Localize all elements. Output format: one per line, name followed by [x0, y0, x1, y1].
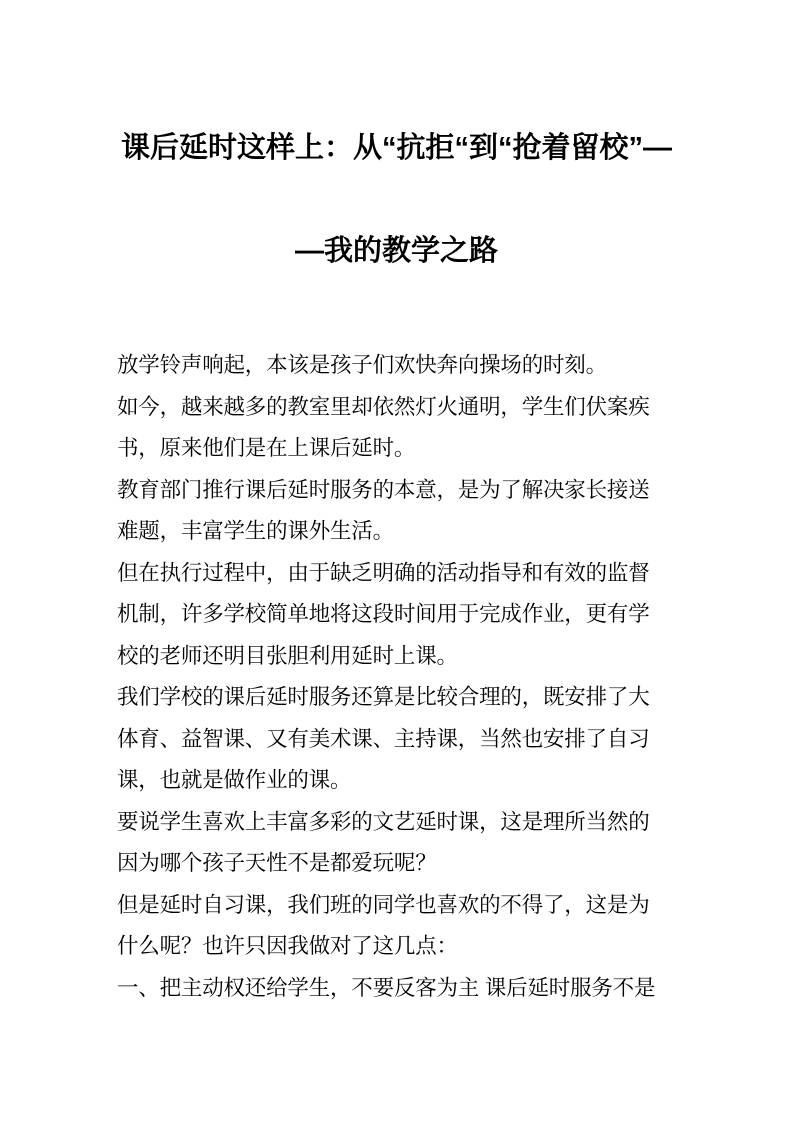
body-line: 放学铃声响起，本该是孩子们欢快奔向操场的时刻。	[117, 345, 677, 387]
body-line: 但是延时自习课，我们班的同学也喜欢的不得了，这是为	[117, 885, 677, 927]
body-line: 一、把主动权还给学生，不要反客为主 课后延时服务不是	[117, 968, 677, 1010]
body-line: 难题，丰富学生的课外生活。	[117, 511, 677, 553]
body-line: 要说学生喜欢上丰富多彩的文艺延时课，这是理所当然的	[117, 802, 677, 844]
body-line: 但在执行过程中，由于缺乏明确的活动指导和有效的监督	[117, 553, 677, 595]
document-title: 课后延时这样上：从“抗拒“到“抢着留校”— —我的教学之路	[58, 97, 735, 303]
document-page: 课后延时这样上：从“抗拒“到“抢着留校”— —我的教学之路 放学铃声响起，本该是…	[0, 0, 793, 1122]
document-body: 放学铃声响起，本该是孩子们欢快奔向操场的时刻。 如今，越来越多的教室里却依然灯火…	[117, 345, 677, 1009]
body-line: 因为哪个孩子天性不是都爱玩呢？	[117, 843, 677, 885]
body-line: 什么呢？也许只因我做对了这几点：	[117, 926, 677, 968]
body-line: 课，也就是做作业的课。	[117, 760, 677, 802]
body-line: 书，原来他们是在上课后延时。	[117, 428, 677, 470]
body-line: 校的老师还明目张胆利用延时上课。	[117, 636, 677, 678]
body-line: 机制，许多学校简单地将这段时间用于完成作业，更有学	[117, 594, 677, 636]
body-line: 我们学校的课后延时服务还算是比较合理的，既安排了大	[117, 677, 677, 719]
body-line: 体育、益智课、又有美术课、主持课，当然也安排了自习	[117, 719, 677, 761]
title-line-1: 课后延时这样上：从“抗拒“到“抢着留校”—	[58, 97, 735, 200]
body-line: 如今，越来越多的教室里却依然灯火通明，学生们伏案疾	[117, 387, 677, 429]
title-line-2: —我的教学之路	[58, 200, 735, 303]
body-line: 教育部门推行课后延时服务的本意，是为了解决家长接送	[117, 470, 677, 512]
